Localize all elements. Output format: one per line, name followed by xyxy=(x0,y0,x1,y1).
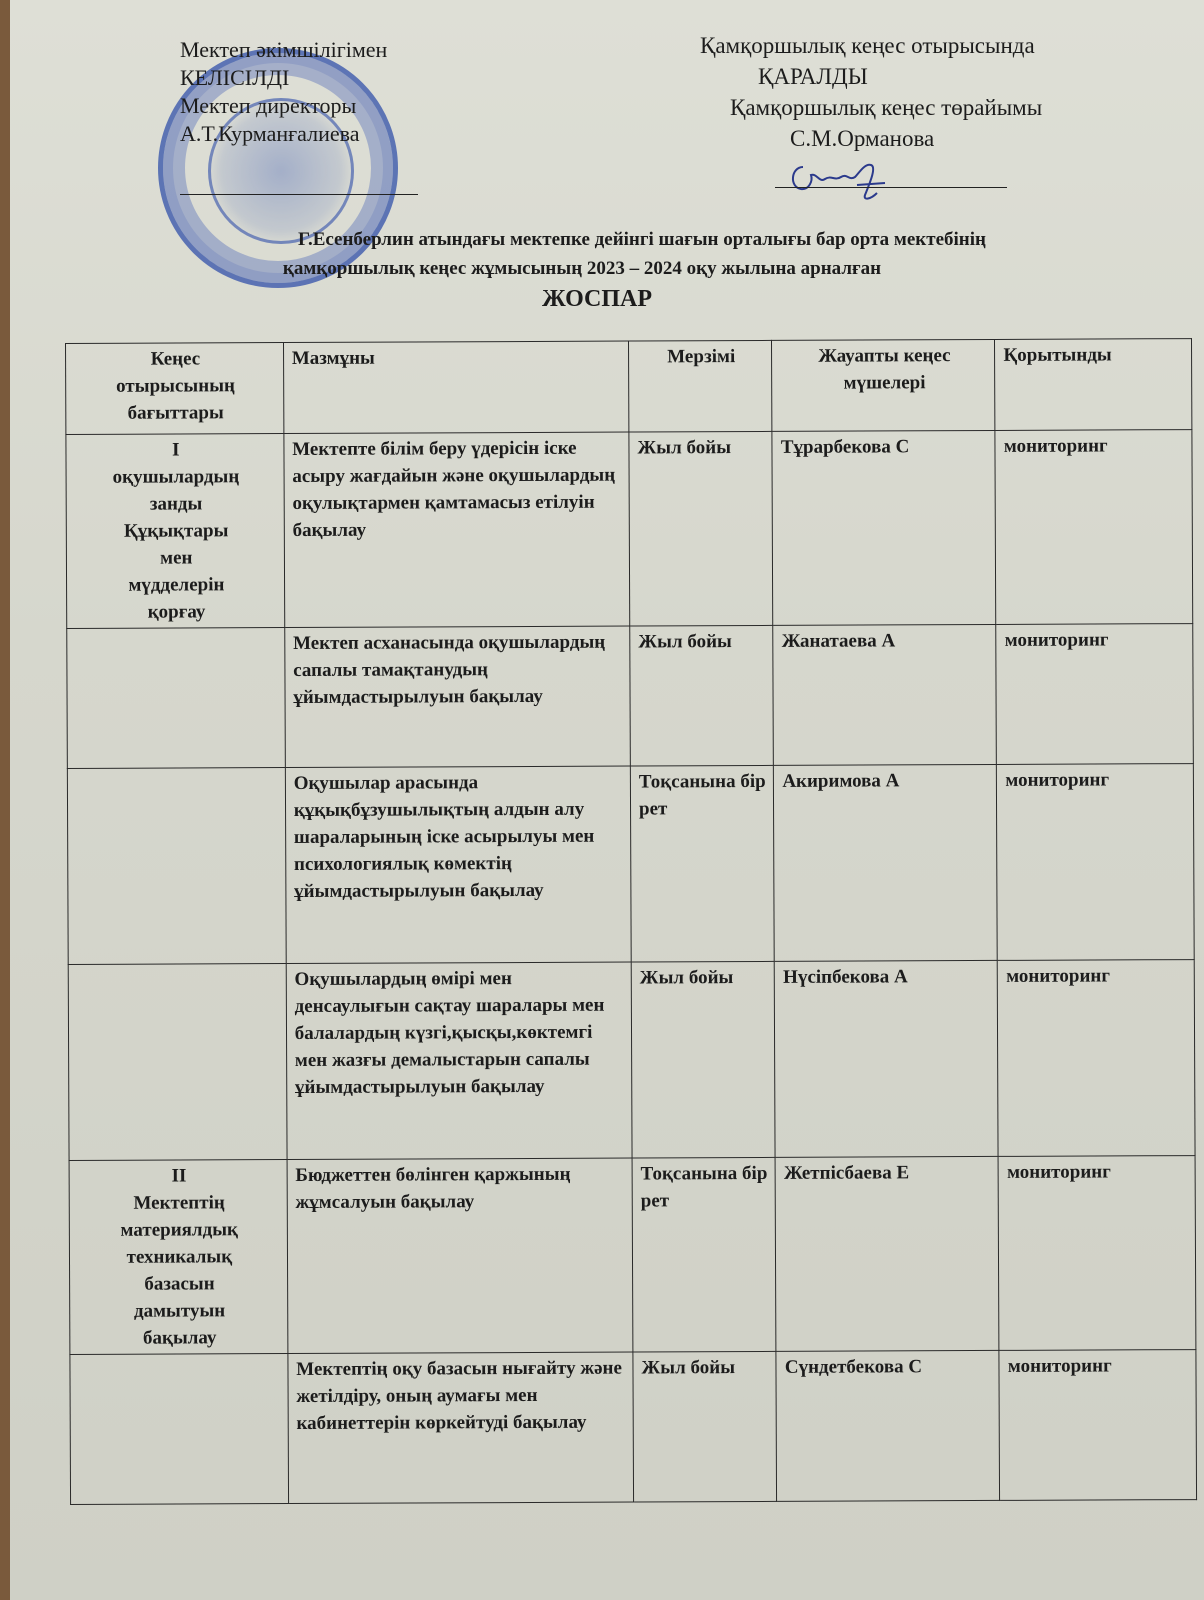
signature-line-left xyxy=(180,194,418,195)
document-page: Мектеп әкімшілігімен КЕЛІСІЛДІ Мектеп ди… xyxy=(10,0,1204,1600)
header-result: Қорытынды xyxy=(995,339,1192,431)
cell-direction xyxy=(67,628,285,769)
plan-heading: ЖОСПАР xyxy=(0,286,1199,313)
signature-line-right xyxy=(775,187,1007,188)
table-row: II Мектептің материялдық техникалық база… xyxy=(69,1156,1196,1355)
cell-content: Оқушылар арасында құқықбұзушылықтың алды… xyxy=(285,766,631,964)
header-direction: Кеңес отырысының бағыттары xyxy=(66,343,284,435)
table-header-row: Кеңес отырысының бағыттары Мазмұны Мерзі… xyxy=(66,339,1192,435)
approval-right-line2: ҚАРАЛДЫ xyxy=(700,61,1042,92)
approval-left: Мектеп әкімшілігімен КЕЛІСІЛДІ Мектеп ди… xyxy=(180,36,387,148)
cell-result: мониторинг xyxy=(998,1156,1195,1351)
approval-left-line4: А.Т.Курманғалиева xyxy=(180,120,387,148)
cell-result: мониторинг xyxy=(997,764,1194,961)
approval-right-line4: С.М.Орманова xyxy=(700,123,1042,154)
approval-right: Қамқоршылық кеңес отырысында ҚАРАЛДЫ Қам… xyxy=(700,30,1042,154)
cell-responsible: Нүсіпбекова А xyxy=(775,960,999,1157)
plan-table: Кеңес отырысының бағыттары Мазмұны Мерзі… xyxy=(65,338,1197,1505)
approval-left-line3: Мектеп директоры xyxy=(180,92,387,120)
cell-term: Жыл бойы xyxy=(631,961,775,1158)
cell-content: Мектептің оқу базасын нығайту және жетіл… xyxy=(288,1352,634,1504)
header-content: Мазмұны xyxy=(283,341,629,434)
table-row: Оқушылар арасында құқықбұзушылықтың алды… xyxy=(67,764,1194,965)
cell-content: Мектеп асханасында оқушылардың сапалы та… xyxy=(284,626,630,768)
cell-responsible: Жанатаева А xyxy=(773,624,997,765)
table-row: Мектептің оқу базасын нығайту және жетіл… xyxy=(70,1350,1197,1505)
cell-direction xyxy=(68,964,287,1161)
table-row: I оқушылардың занды Құқықтары мен мүддел… xyxy=(66,430,1193,629)
header-responsible: Жауапты кеңес мүшелері xyxy=(772,339,995,431)
cell-responsible: Сүндетбекова С xyxy=(776,1350,1000,1501)
cell-direction xyxy=(67,768,286,965)
cell-result: мониторинг xyxy=(995,430,1192,625)
cell-direction: II Мектептің материялдық техникалық база… xyxy=(69,1160,288,1355)
cell-result: мониторинг xyxy=(999,1350,1196,1501)
handwritten-signature-icon xyxy=(785,155,905,205)
cell-term: Тоқсанына бір рет xyxy=(630,765,774,962)
cell-responsible: Акиримова А xyxy=(774,764,998,961)
cell-result: мониторинг xyxy=(996,624,1193,765)
title-line2: қамқоршылық кеңес жұмысының 2023 – 2024 … xyxy=(0,258,1184,280)
cell-content: Оқушылардың өмірі мен денсаулығын сақтау… xyxy=(286,962,632,1160)
cell-direction: I оқушылардың занды Құқықтары мен мүддел… xyxy=(66,434,285,629)
approval-right-line1: Қамқоршылық кеңес отырысында xyxy=(700,30,1042,61)
cell-content: Мектепте білім беру үдерісін іске асыру … xyxy=(284,432,630,628)
cell-responsible: Тұрарбекова С xyxy=(772,430,996,625)
cell-direction xyxy=(70,1354,288,1505)
header-term: Мерзімі xyxy=(628,340,772,432)
table-row: Мектеп асханасында оқушылардың сапалы та… xyxy=(67,624,1194,769)
approval-left-line2: КЕЛІСІЛДІ xyxy=(180,64,387,92)
cell-responsible: Жетпісбаева Е xyxy=(775,1156,999,1351)
cell-result: мониторинг xyxy=(998,960,1195,1157)
cell-term: Жыл бойы xyxy=(630,625,774,766)
approval-right-line3: Қамқоршылық кеңес төрайымы xyxy=(700,92,1042,123)
title-line1: Г.Есенберлин атындағы мектепке дейінгі ш… xyxy=(40,229,1204,251)
cell-term: Тоқсанына бір рет xyxy=(632,1157,776,1352)
cell-term: Жыл бойы xyxy=(629,431,773,626)
table-row: Оқушылардың өмірі мен денсаулығын сақтау… xyxy=(68,960,1195,1161)
approval-left-line1: Мектеп әкімшілігімен xyxy=(180,36,387,64)
cell-content: Бюджеттен бөлінген қаржының жұмсалуын ба… xyxy=(287,1158,633,1354)
cell-term: Жыл бойы xyxy=(633,1351,777,1502)
